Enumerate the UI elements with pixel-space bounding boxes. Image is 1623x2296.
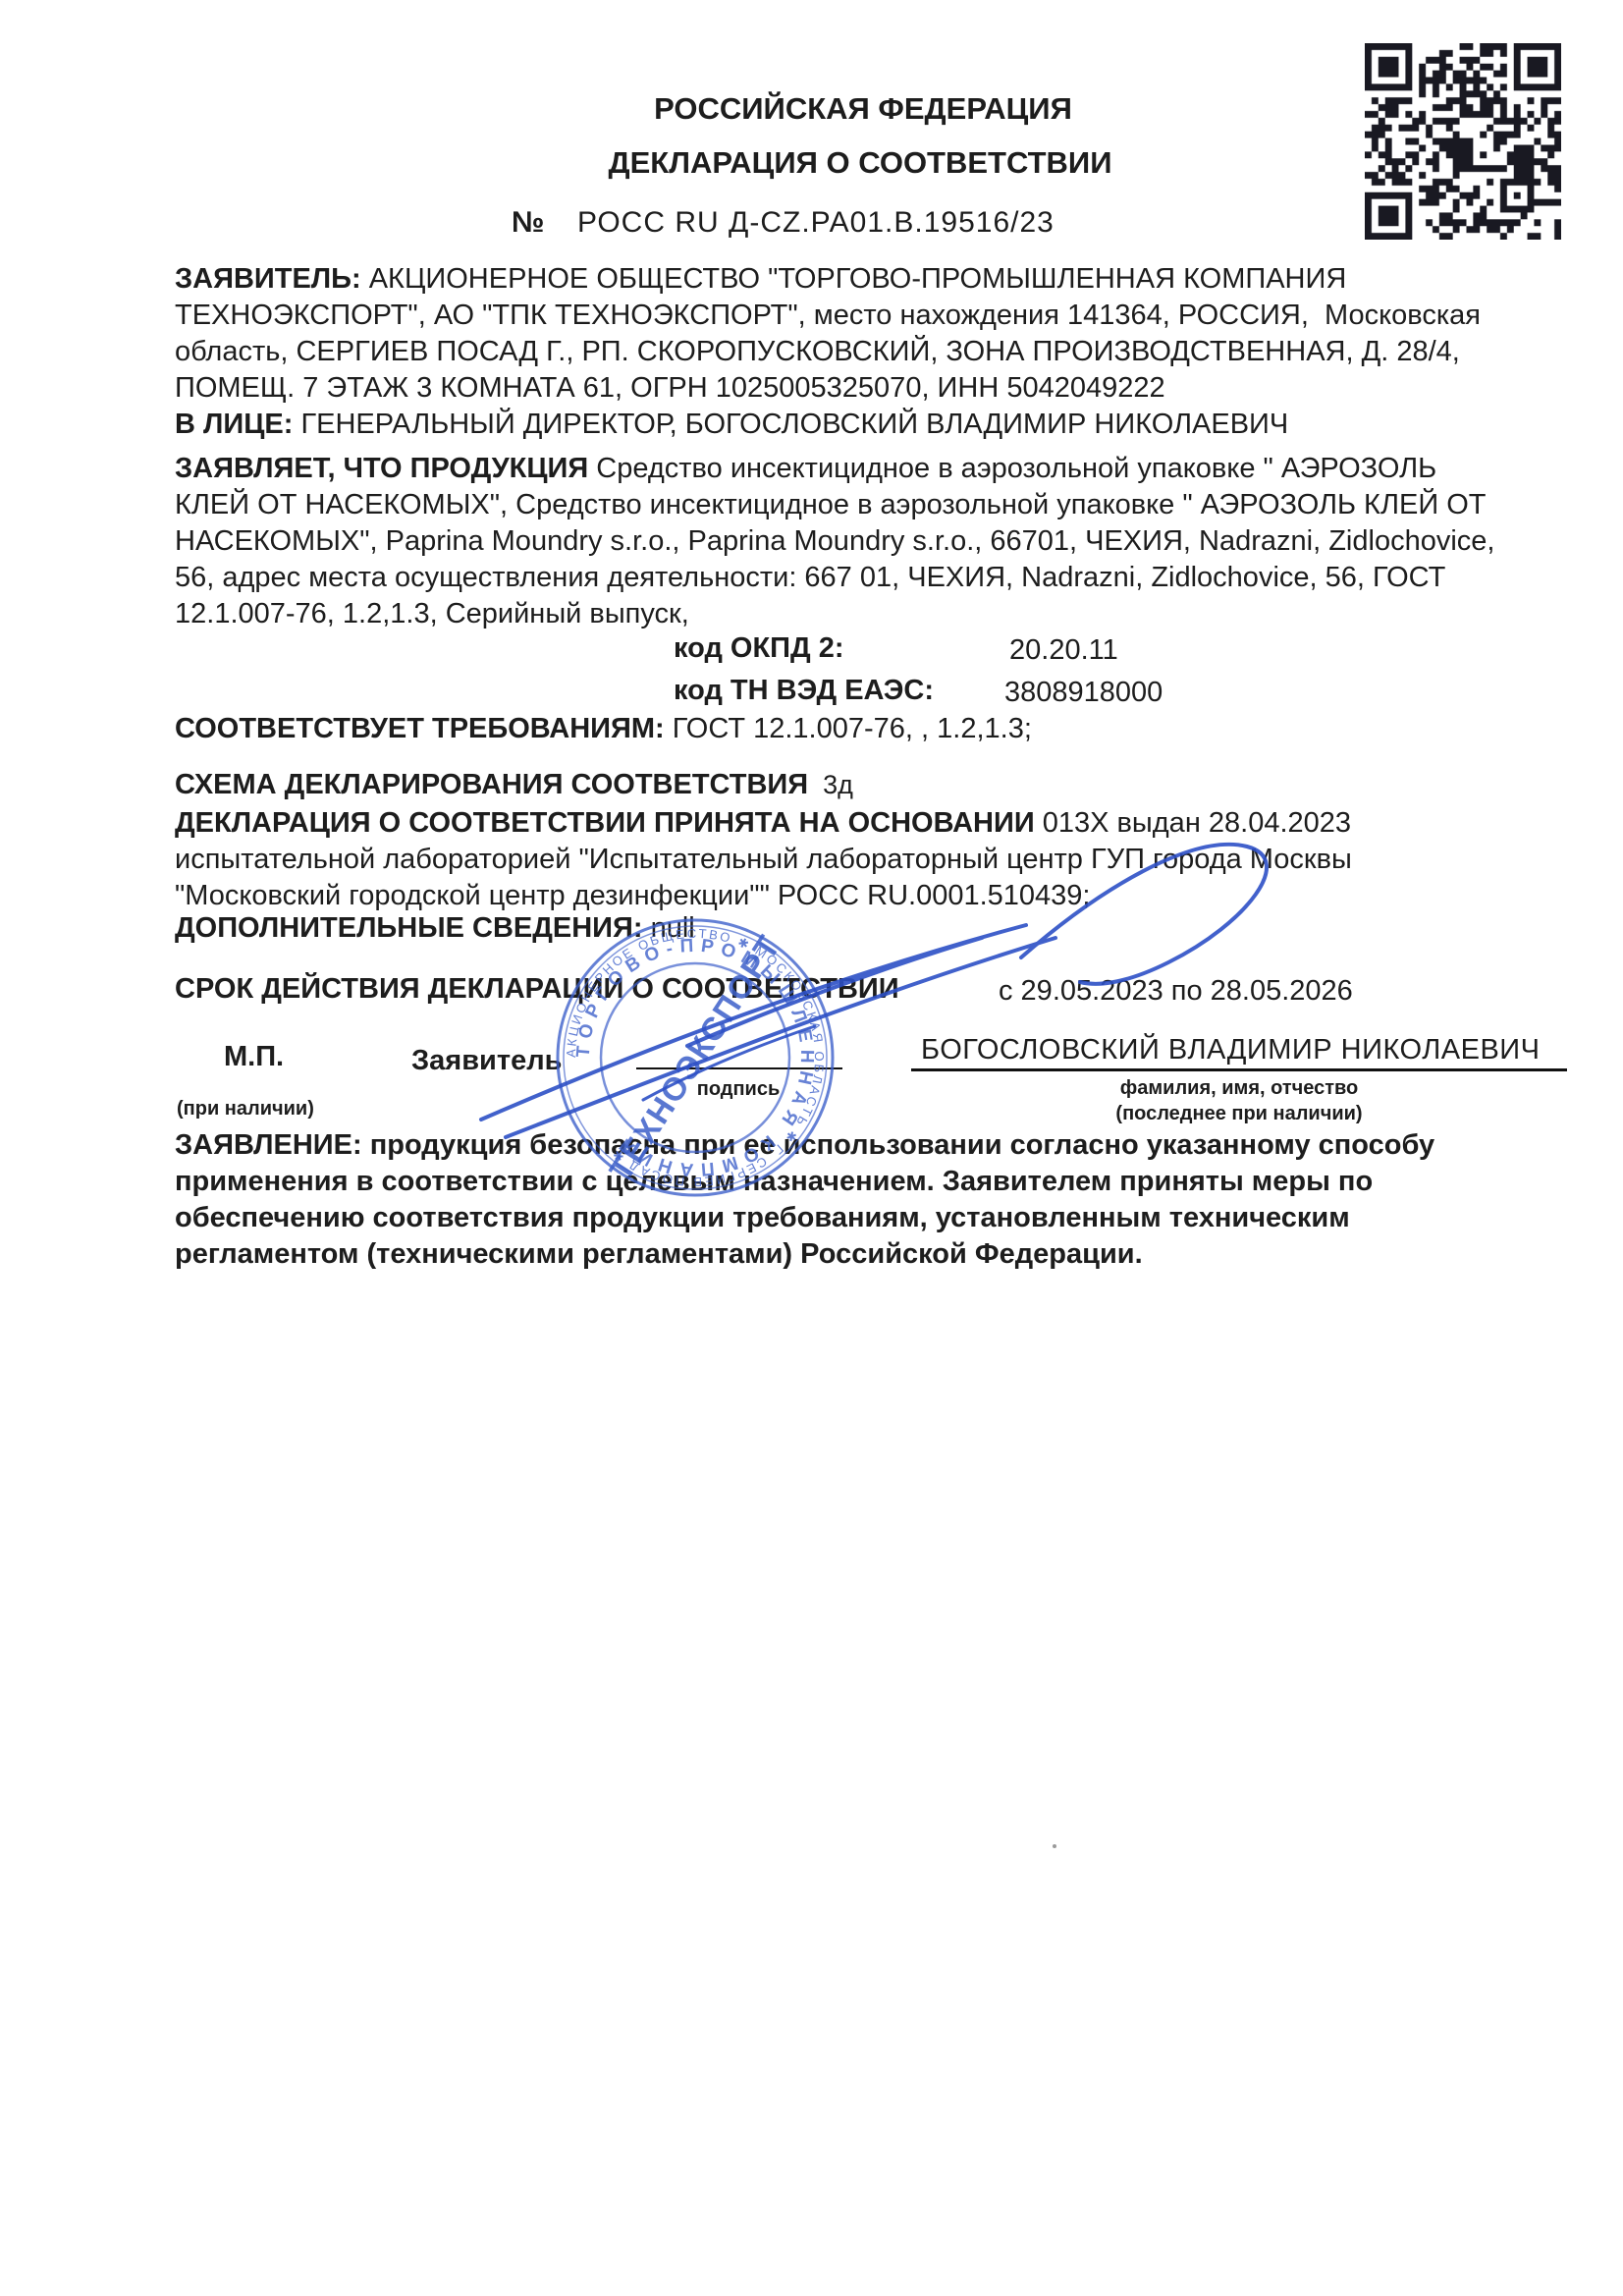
name-caption-1: фамилия, имя, отчество [1120,1077,1359,1100]
text-segment: ПОМЕЩ. 7 ЭТАЖ 3 КОМНАТА 61, ОГРН 1025005… [175,372,1165,404]
text-line: "Московский городской центр дезинфекции"… [175,878,1352,914]
text-segment: КЛЕЙ ОТ НАСЕКОМЫХ", Средство инсектицидн… [175,489,1487,520]
text-line: применения в соответствии с целевым назн… [175,1164,1434,1200]
number-label: № [512,206,544,240]
scan-artifact-dot [1053,1844,1056,1848]
additional-value: null [643,912,695,944]
statement-block: ЗАЯВЛЕНИЕ: продукция безопасна при ее ис… [175,1127,1434,1273]
bold-text-segment: ЗАЯВИТЕЛЬ: [175,263,361,295]
validity-label: СРОК ДЕЙСТВИЯ ДЕКЛАРАЦИИ О СООТВЕТСТВИИ [175,973,899,1006]
scheme-value: 3д [808,770,853,799]
conformity-line: СООТВЕТСТВУЕТ ТРЕБОВАНИЯМ: ГОСТ 12.1.007… [175,711,1032,747]
text-line: область, СЕРГИЕВ ПОСАД Г., РП. СКОРОПУСК… [175,334,1481,370]
bold-text-segment: ДЕКЛАРАЦИЯ О СООТВЕТСТВИИ ПРИНЯТА НА ОСН… [175,807,1035,839]
doc-title: ДЕКЛАРАЦИЯ О СООТВЕТСТВИИ [609,145,1112,181]
product-block: ЗАЯВЛЯЕТ, ЧТО ПРОДУКЦИЯ Средство инсекти… [175,451,1494,632]
bold-text-segment: В ЛИЦЕ: [175,409,293,440]
text-segment: 56, адрес места осуществления деятельнос… [175,562,1445,593]
text-segment: "Московский городской центр дезинфекции"… [175,880,1090,911]
scheme-line: СХЕМА ДЕКЛАРИРОВАНИЯ СООТВЕТСТВИЯ 3д [175,767,853,803]
name-underline [911,1068,1567,1071]
applicant-sign-label: Заявитель [411,1045,562,1077]
country-title: РОССИЙСКАЯ ФЕДЕРАЦИЯ [654,91,1072,127]
tnved-label: код ТН ВЭД ЕАЭС: [674,675,934,707]
text-line: 56, адрес места осуществления деятельнос… [175,560,1494,596]
text-segment: испытательной лабораторией "Испытательны… [175,844,1352,875]
bold-text-segment: ЗАЯВЛЯЕТ, ЧТО ПРОДУКЦИЯ [175,453,588,484]
declarant-name: БОГОСЛОВСКИЙ ВЛАДИМИР НИКОЛАЕВИЧ [921,1034,1540,1066]
bold-text-segment: регламентом (техническими регламентами) … [175,1238,1143,1270]
okpd-label: код ОКПД 2: [674,632,844,665]
text-line: ДЕКЛАРАЦИЯ О СООТВЕТСТВИИ ПРИНЯТА НА ОСН… [175,805,1352,842]
stamp-place-note: (при наличии) [177,1098,314,1121]
basis-block: ДЕКЛАРАЦИЯ О СООТВЕТСТВИИ ПРИНЯТА НА ОСН… [175,805,1352,914]
bold-text-segment: обеспечению соответствия продукции требо… [175,1202,1350,1233]
text-segment: 12.1.007-76, 1.2,1.3, Серийный выпуск, [175,598,689,629]
name-caption-2: (последнее при наличии) [1115,1103,1362,1125]
text-line: регламентом (техническими регламентами) … [175,1236,1434,1273]
text-segment: область, СЕРГИЕВ ПОСАД Г., РП. СКОРОПУСК… [175,336,1460,367]
text-line: ЗАЯВЛЕНИЕ: продукция безопасна при ее ис… [175,1127,1434,1164]
bold-text-segment: применения в соответствии с целевым назн… [175,1166,1373,1197]
text-segment: ТЕХНОЭКСПОРТ", АО "ТПК ТЕХНОЭКСПОРТ", ме… [175,300,1481,331]
text-segment: 013X выдан 28.04.2023 [1035,807,1351,839]
text-line: ЗАЯВИТЕЛЬ: АКЦИОНЕРНОЕ ОБЩЕСТВО "ТОРГОВО… [175,261,1481,298]
conformity-label: СООТВЕТСТВУЕТ ТРЕБОВАНИЯМ: [175,713,665,744]
signature-caption: подпись [697,1078,781,1101]
okpd-value: 20.20.11 [1009,634,1118,667]
document-page: РОССИЙСКАЯ ФЕДЕРАЦИЯ ДЕКЛАРАЦИЯ О СООТВЕ… [0,0,1623,2296]
bold-text-segment: ЗАЯВЛЕНИЕ: продукция безопасна при ее ис… [175,1129,1434,1161]
additional-line: ДОПОЛНИТЕЛЬНЫЕ СВЕДЕНИЯ: null [175,910,695,947]
applicant-block: ЗАЯВИТЕЛЬ: АКЦИОНЕРНОЕ ОБЩЕСТВО "ТОРГОВО… [175,261,1481,443]
text-line: ЗАЯВЛЯЕТ, ЧТО ПРОДУКЦИЯ Средство инсекти… [175,451,1494,487]
additional-label: ДОПОЛНИТЕЛЬНЫЕ СВЕДЕНИЯ: [175,912,643,944]
number-value: РОСС RU Д-CZ.РА01.В.19516/23 [577,206,1055,240]
tnved-value: 3808918000 [1004,677,1163,709]
conformity-value: ГОСТ 12.1.007-76, , 1.2,1.3; [665,713,1032,744]
text-segment: АКЦИОНЕРНОЕ ОБЩЕСТВО "ТОРГОВО-ПРОМЫШЛЕНН… [361,263,1347,295]
text-segment: ГЕНЕРАЛЬНЫЙ ДИРЕКТОР, БОГОСЛОВСКИЙ ВЛАДИ… [293,409,1288,440]
text-line: В ЛИЦЕ: ГЕНЕРАЛЬНЫЙ ДИРЕКТОР, БОГОСЛОВСК… [175,407,1481,443]
text-line: КЛЕЙ ОТ НАСЕКОМЫХ", Средство инсектицидн… [175,487,1494,523]
stamp-place-label: М.П. [224,1041,284,1073]
scheme-label: СХЕМА ДЕКЛАРИРОВАНИЯ СООТВЕТСТВИЯ [175,769,808,800]
text-line: ТЕХНОЭКСПОРТ", АО "ТПК ТЕХНОЭКСПОРТ", ме… [175,298,1481,334]
text-segment: НАСЕКОМЫХ", Paprina Moundry s.r.o., Papr… [175,525,1494,557]
signature-underline [636,1067,842,1069]
text-line: 12.1.007-76, 1.2,1.3, Серийный выпуск, [175,596,1494,632]
text-line: испытательной лабораторией "Испытательны… [175,842,1352,878]
validity-value: с 29.05.2023 по 28.05.2026 [999,975,1353,1008]
qr-code [1365,43,1561,240]
text-segment: Средство инсектицидное в аэрозольной упа… [588,453,1436,484]
text-line: ПОМЕЩ. 7 ЭТАЖ 3 КОМНАТА 61, ОГРН 1025005… [175,370,1481,407]
text-line: НАСЕКОМЫХ", Paprina Moundry s.r.o., Papr… [175,523,1494,560]
text-line: обеспечению соответствия продукции требо… [175,1200,1434,1236]
